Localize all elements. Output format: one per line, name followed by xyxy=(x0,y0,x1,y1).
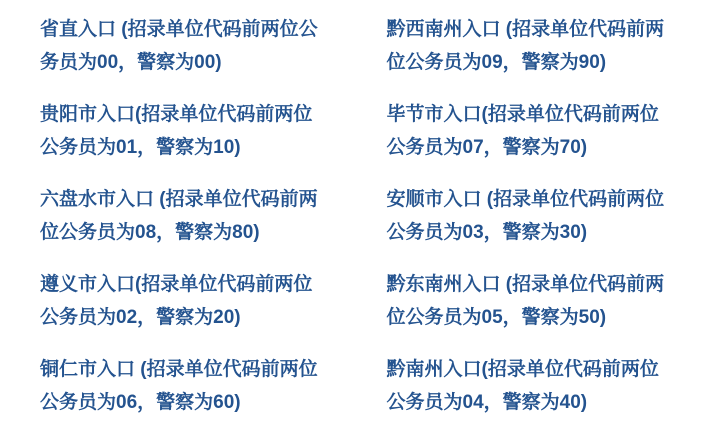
registration-entry-page: 省直入口 (招录单位代码前两位公 务员为00，警察为00) 贵阳市入口(招录单位… xyxy=(0,0,709,448)
entry-link-anshun[interactable]: 安顺市入口 (招录单位代码前两位 公务员为03，警察为30) xyxy=(387,183,709,249)
entry-link-tongren[interactable]: 铜仁市入口 (招录单位代码前两位 公务员为06，警察为60) xyxy=(40,353,363,419)
entry-link-qiandongnan[interactable]: 黔东南州入口 (招录单位代码前两 位公务员为05，警察为50) xyxy=(387,268,709,334)
entry-link-guiyang[interactable]: 贵阳市入口(招录单位代码前两位 公务员为01，警察为10) xyxy=(40,98,363,164)
entry-link-zunyi[interactable]: 遵义市入口(招录单位代码前两位 公务员为02，警察为20) xyxy=(40,268,363,334)
entry-link-bijie[interactable]: 毕节市入口(招录单位代码前两位 公务员为07，警察为70) xyxy=(387,98,709,164)
right-column: 黔西南州入口 (招录单位代码前两 位公务员为09，警察为90) 毕节市入口(招录… xyxy=(387,13,709,438)
entry-link-liupanshui[interactable]: 六盘水市入口 (招录单位代码前两 位公务员为08，警察为80) xyxy=(40,183,363,249)
left-column: 省直入口 (招录单位代码前两位公 务员为00，警察为00) 贵阳市入口(招录单位… xyxy=(40,13,363,438)
entry-links-grid: 省直入口 (招录单位代码前两位公 务员为00，警察为00) 贵阳市入口(招录单位… xyxy=(0,0,709,438)
entry-link-qianxinan[interactable]: 黔西南州入口 (招录单位代码前两 位公务员为09，警察为90) xyxy=(387,13,709,79)
entry-link-qiannan[interactable]: 黔南州入口(招录单位代码前两位 公务员为04，警察为40) xyxy=(387,353,709,419)
entry-link-shengzhi[interactable]: 省直入口 (招录单位代码前两位公 务员为00，警察为00) xyxy=(40,13,363,79)
